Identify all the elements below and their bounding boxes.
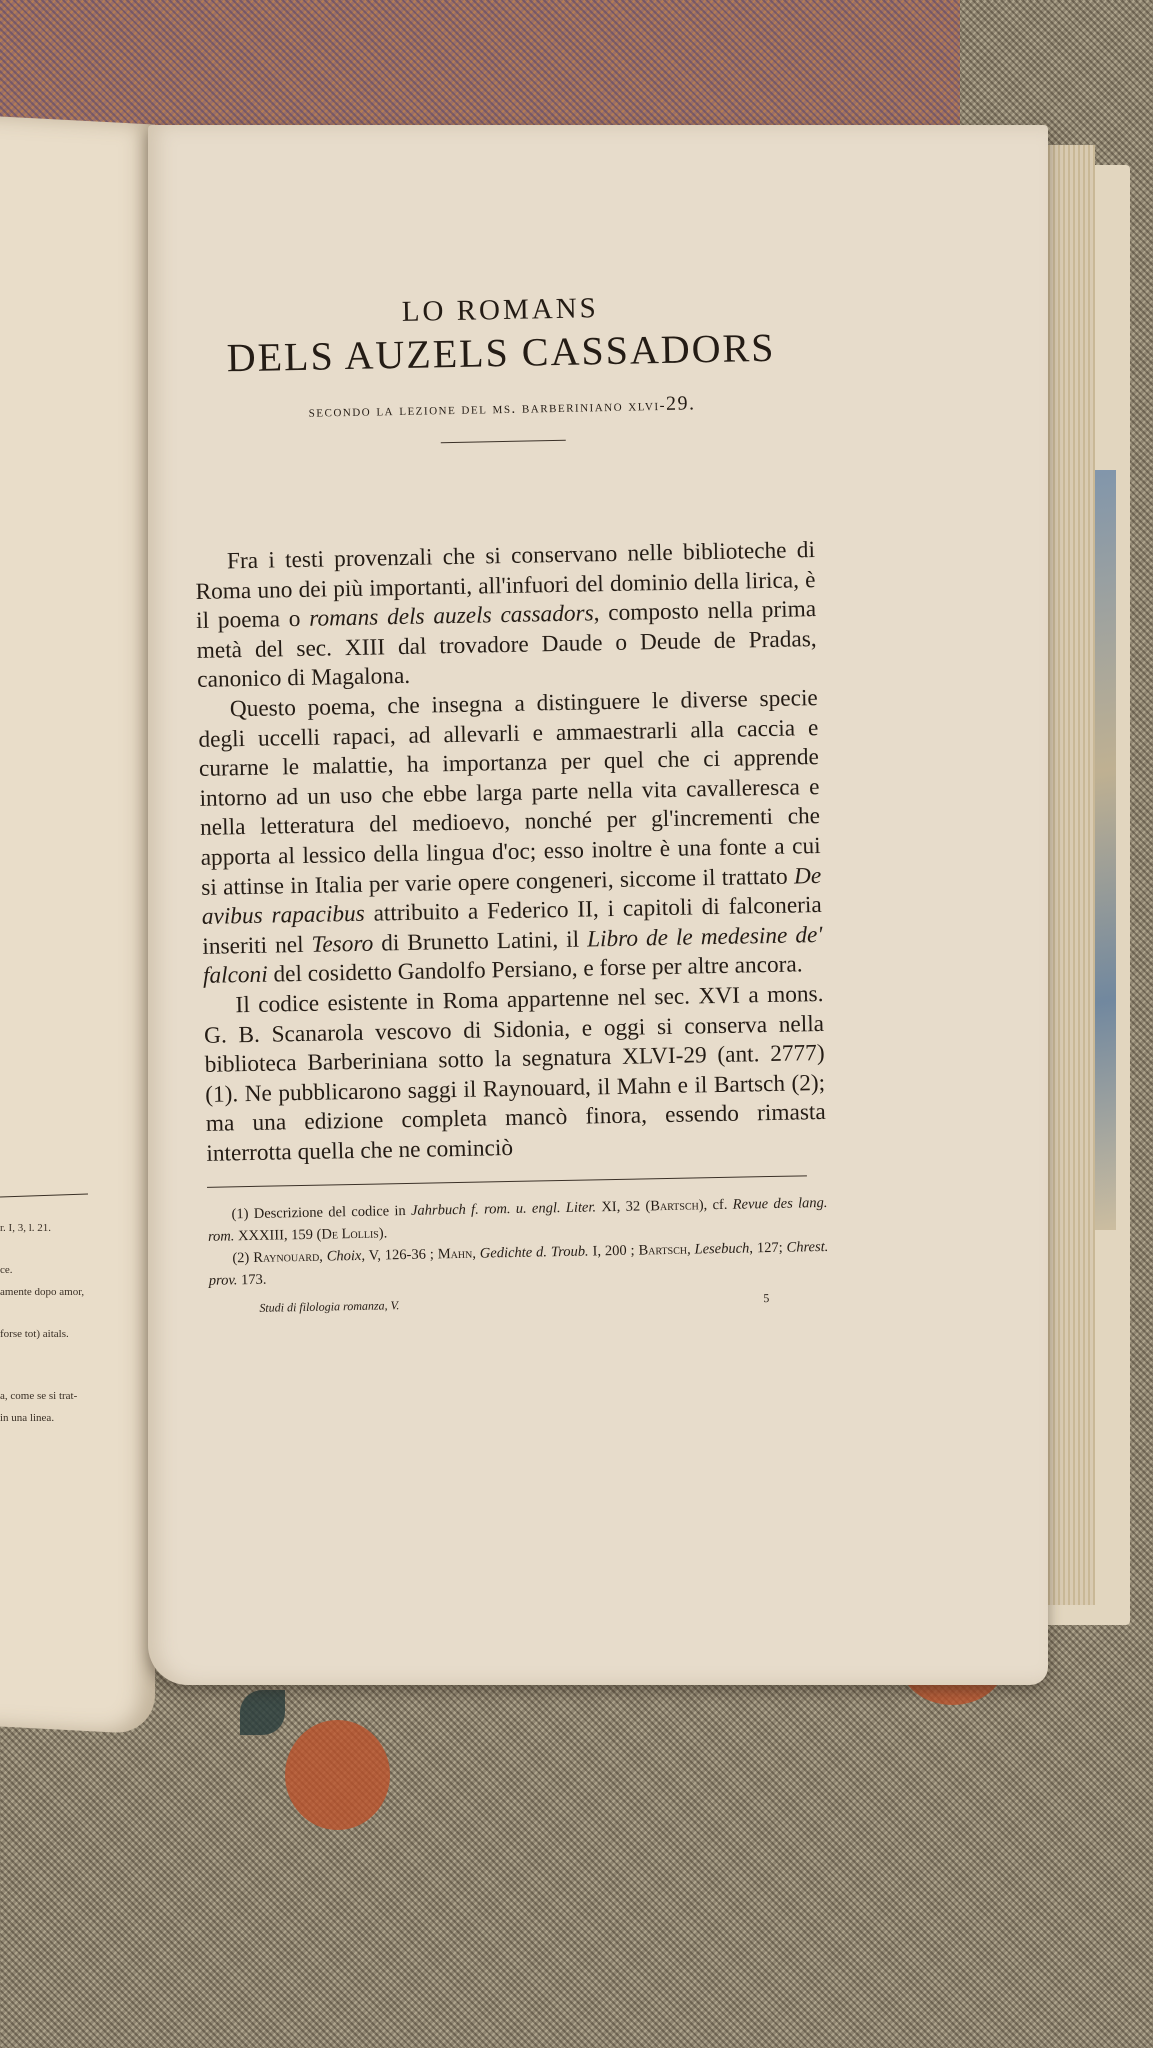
text-segment: I, 200 ; — [588, 1243, 638, 1260]
author-name: De Lollis — [321, 1226, 379, 1243]
left-page — [0, 115, 155, 1734]
left-page-fragment: in una linea. — [0, 1412, 54, 1424]
text-segment: Descrizione del codice in — [248, 1203, 411, 1222]
text-segment: Questo poema, che insegna a distinguere … — [198, 685, 821, 900]
left-page-fragment: r. I, 3, l. 21. — [0, 1222, 51, 1234]
fabric-motif-fruit — [285, 1720, 390, 1830]
paragraph-2: Questo poema, che insegna a distinguere … — [198, 684, 824, 992]
italic-title: Jahrbuch f. rom. u. engl. Liter. — [411, 1200, 596, 1220]
left-page-fragment: a, come se si trat- — [0, 1390, 77, 1402]
paragraph-1: Fra i testi provenzali che si conservano… — [195, 536, 818, 696]
text-segment: di Brunetto Latini, il — [373, 926, 587, 956]
body-text: Fra i testi provenzali che si conservano… — [195, 536, 827, 1169]
italic-title: Choix — [327, 1248, 362, 1265]
italic-title: Lesebuch — [694, 1241, 749, 1258]
footnotes: (1) Descrizione del codice in Jahrbuch f… — [207, 1192, 829, 1292]
subtitle: secondo la lezione del ms. barberiniano … — [192, 390, 812, 425]
fabric-motif-leaf — [240, 1690, 285, 1735]
text-segment: ). — [379, 1226, 388, 1242]
text-segment: XI, 32 ( — [596, 1199, 650, 1216]
left-page-fragment: forse tot) aitals. — [0, 1328, 69, 1340]
text-segment: , 127; — [749, 1240, 787, 1257]
text-segment: Il codice esistente in Roma appartenne n… — [204, 981, 826, 1167]
signature-number: 5 — [763, 1292, 769, 1307]
italic-title: romans dels auzels cassadors — [309, 600, 594, 631]
left-page-fragment: amente dopo amor, — [0, 1286, 84, 1298]
footnote-marker: (2) — [232, 1251, 249, 1267]
text-segment: ), cf. — [699, 1197, 733, 1214]
paragraph-3: Il codice esistente in Roma appartenne n… — [203, 980, 826, 1169]
italic-title: Gedichte d. Troub. — [480, 1244, 589, 1262]
signature-mark: Studi di filologia romanza, V. — [259, 1299, 399, 1317]
subtitle-number: 29. — [666, 392, 696, 415]
author-name: Bartsch — [650, 1198, 699, 1215]
author-name: Mahn — [438, 1246, 473, 1263]
author-name: Bartsch — [638, 1242, 687, 1259]
subtitle-text: secondo la lezione del ms. barberiniano … — [309, 398, 667, 421]
title-divider — [440, 440, 565, 443]
footnote-rule — [207, 1176, 807, 1189]
title-line-2: DELS AUZELS CASSADORS — [191, 323, 812, 382]
footnote-marker: (1) — [231, 1207, 248, 1223]
left-page-fragment: ce. — [0, 1264, 13, 1276]
author-name: Raynouard — [253, 1249, 319, 1266]
text-segment: 173. — [237, 1272, 266, 1289]
text-segment: XXXIII, 159 ( — [234, 1227, 321, 1245]
text-segment: , V, 126-36 ; — [361, 1247, 438, 1264]
italic-title: Tesoro — [311, 930, 373, 957]
page-content: LO ROMANS DELS AUZELS CASSADORS secondo … — [190, 288, 829, 1317]
